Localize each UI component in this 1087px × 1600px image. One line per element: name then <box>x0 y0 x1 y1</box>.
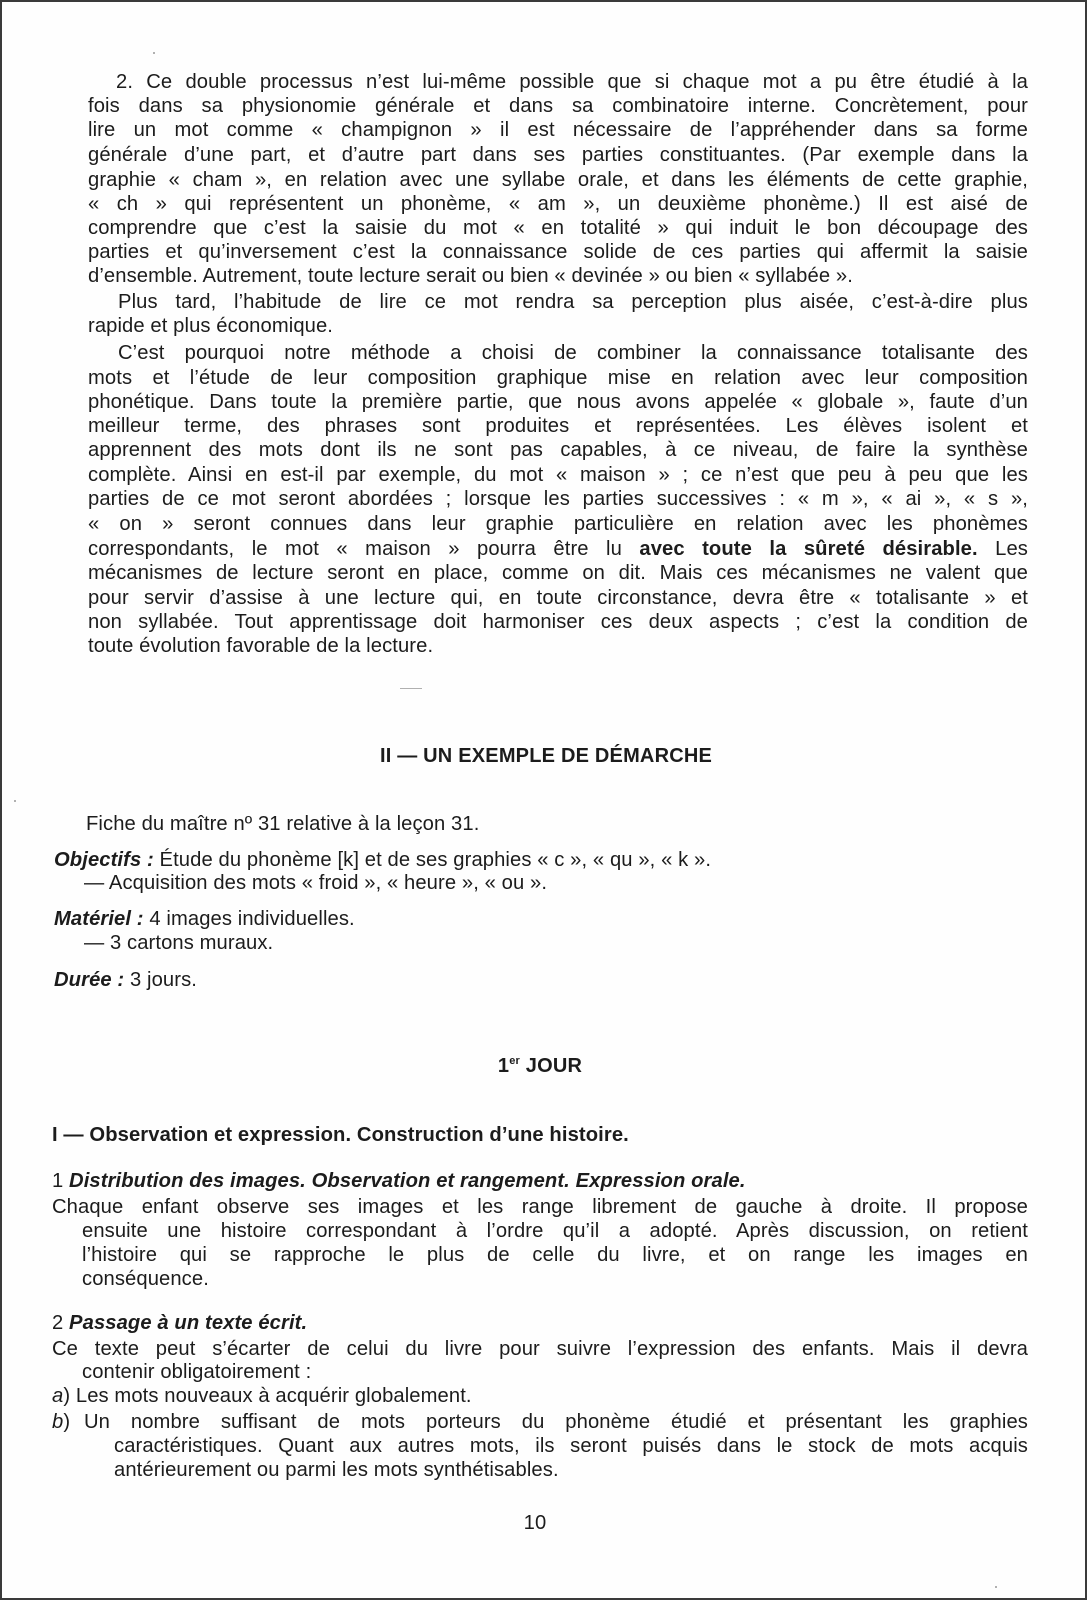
text-line: parties et qu’inversement c’est la conna… <box>88 240 1028 264</box>
duree-line: Durée : 3 jours. <box>54 968 197 992</box>
text-line: 2. Ce double processus n’est lui-même po… <box>116 70 1028 94</box>
text-line: mots et l’étude de leur composition grap… <box>88 366 1028 390</box>
step-number: 2 <box>52 1312 69 1334</box>
part-heading: I — Observation et expression. Construct… <box>52 1123 629 1147</box>
materiel-line-2: — 3 cartons muraux. <box>84 931 273 955</box>
text-span: Les <box>978 538 1028 560</box>
text-line: conséquence. <box>82 1267 209 1291</box>
text-line: toute évolution favorable de la lecture. <box>88 634 433 658</box>
scan-speck <box>14 800 16 802</box>
text-line: contenir obligatoirement : <box>82 1360 311 1384</box>
text-line: d’ensemble. Autrement, toute lecture ser… <box>88 264 853 288</box>
separator-mark <box>400 688 422 689</box>
objectifs-label: Objectifs : <box>54 849 154 871</box>
text-line: ensuite une histoire correspondant à l’o… <box>82 1219 1028 1243</box>
text-line: C’est pourquoi notre méthode a choisi de… <box>118 341 1028 365</box>
step-2-heading: 2 Passage à un texte écrit. <box>52 1311 307 1335</box>
duree-text: 3 jours. <box>124 969 197 991</box>
day-heading: 1er JOUR <box>440 1054 640 1078</box>
step-number: 1 <box>52 1170 69 1192</box>
text-line: rapide et plus économique. <box>88 314 333 338</box>
materiel-line: Matériel : 4 images individuelles. <box>54 907 355 931</box>
text-line: Un nombre suffisant de mots porteurs du … <box>84 1410 1028 1434</box>
text-line: Chaque enfant observe ses images et les … <box>52 1195 1028 1219</box>
text-span: correspondants, le mot « maison » pourra… <box>88 538 639 560</box>
list-marker: b <box>52 1411 63 1433</box>
text-line: complète. Ainsi en est-il par exemple, d… <box>88 463 1028 487</box>
text-line: comprendre que c’est la saisie du mot « … <box>88 216 1028 240</box>
text-line: l’histoire qui se rapproche le plus de c… <box>82 1243 1028 1267</box>
materiel-label: Matériel : <box>54 908 144 930</box>
duree-label: Durée : <box>54 969 124 991</box>
text-line: mécanismes de lecture seront en place, c… <box>88 561 1028 585</box>
page-number: 10 <box>510 1511 560 1535</box>
text-line: « on » seront connues dans leur graphie … <box>88 512 1028 536</box>
section-heading: II — UN EXEMPLE DE DÉMARCHE <box>246 744 846 768</box>
step-title: Distribution des images. Observation et … <box>69 1170 746 1192</box>
text-line: caractéristiques. Quant aux autres mots,… <box>114 1434 1028 1458</box>
day-number: 1 <box>498 1055 509 1077</box>
step-1-heading: 1 Distribution des images. Observation e… <box>52 1169 746 1193</box>
text-line-with-emphasis: correspondants, le mot « maison » pourra… <box>88 537 1028 561</box>
text-line: phonétique. Dans toute la première parti… <box>88 390 1028 414</box>
day-label: JOUR <box>520 1055 582 1077</box>
materiel-text: 4 images individuelles. <box>144 908 355 930</box>
scan-speck <box>153 52 155 54</box>
scan-speck <box>995 1586 997 1588</box>
text-line: pour servir d’assise à une lecture qui, … <box>88 586 1028 610</box>
text-line: « ch » qui représentent un phonème, « am… <box>88 192 1028 216</box>
list-item-text: Les mots nouveaux à acquérir globalement… <box>76 1385 472 1407</box>
text-line: Ce texte peut s’écarter de celui du livr… <box>52 1337 1028 1361</box>
text-line: lire un mot comme « champignon » il est … <box>88 118 1028 142</box>
text-line: graphie « cham », en relation avec une s… <box>88 168 1028 192</box>
list-marker: a <box>52 1385 63 1407</box>
text-line: Plus tard, l’habitude de lire ce mot ren… <box>118 290 1028 314</box>
objectifs-line: Objectifs : Étude du phonème [k] et de s… <box>54 848 711 872</box>
fiche-line: Fiche du maître nº 31 relative à la leço… <box>86 812 479 836</box>
objectifs-line-2: — Acquisition des mots « froid », « heur… <box>84 871 547 895</box>
text-line: fois dans sa physionomie générale et dan… <box>88 94 1028 118</box>
text-line: antérieurement ou parmi les mots synthét… <box>114 1458 559 1482</box>
text-line: apprennent des mots dont ils ne sont pas… <box>88 438 1028 462</box>
day-ordinal: er <box>509 1055 520 1067</box>
objectifs-text: Étude du phonème [k] et de ses graphies … <box>154 849 711 871</box>
list-item-a: a) Les mots nouveaux à acquérir globalem… <box>52 1384 472 1408</box>
text-line: générale d’une part, et d’autre part dan… <box>88 143 1028 167</box>
step-title: Passage à un texte écrit. <box>69 1312 307 1334</box>
text-line: meilleur terme, des phrases sont produit… <box>88 414 1028 438</box>
bold-emphasis: avec toute la sûreté désirable. <box>639 538 977 560</box>
text-line: non syllabée. Tout apprentissage doit ha… <box>88 610 1028 634</box>
text-line: parties de ce mot seront abordées ; lors… <box>88 487 1028 511</box>
